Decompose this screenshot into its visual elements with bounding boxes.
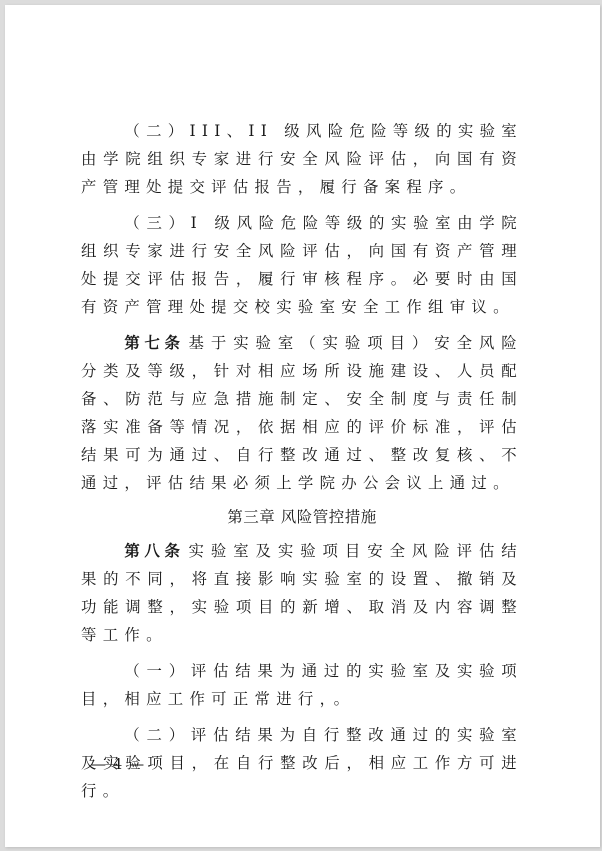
article-8: 第八条实验室及实验项目安全风险评估结果的不同，将直接影响实验室的设置、撤销及功能… [81,537,523,649]
article-7-label: 第七条 [124,334,184,352]
article-8-item-1: （一）评估结果为通过的实验室及实验项目，相应工作可正常进行，。 [81,657,523,713]
article-8-label: 第八条 [124,542,184,560]
document-body: （二）III、II 级风险危险等级的实验室由学院组织专家进行安全风险评估，向国有… [81,117,523,813]
document-page: （二）III、II 级风险危险等级的实验室由学院组织专家进行安全风险评估，向国有… [5,5,600,847]
paragraph-item-3: （三）I 级风险危险等级的实验室由学院组织专家进行安全风险评估，向国有资产管理处… [81,209,523,321]
page-number: — 4 — [91,755,145,773]
paragraph-item-2: （二）III、II 级风险危险等级的实验室由学院组织专家进行安全风险评估，向国有… [81,117,523,201]
chapter-heading: 第三章 风险管控措施 [81,503,523,531]
article-7-text: 基于实验室（实验项目）安全风险分类及等级，针对相应场所设施建设、人员配备、防范与… [81,334,523,492]
article-8-item-2: （二）评估结果为自行整改通过的实验室及实验项目，在自行整改后，相应工作方可进行。 [81,721,523,805]
article-7: 第七条基于实验室（实验项目）安全风险分类及等级，针对相应场所设施建设、人员配备、… [81,329,523,497]
